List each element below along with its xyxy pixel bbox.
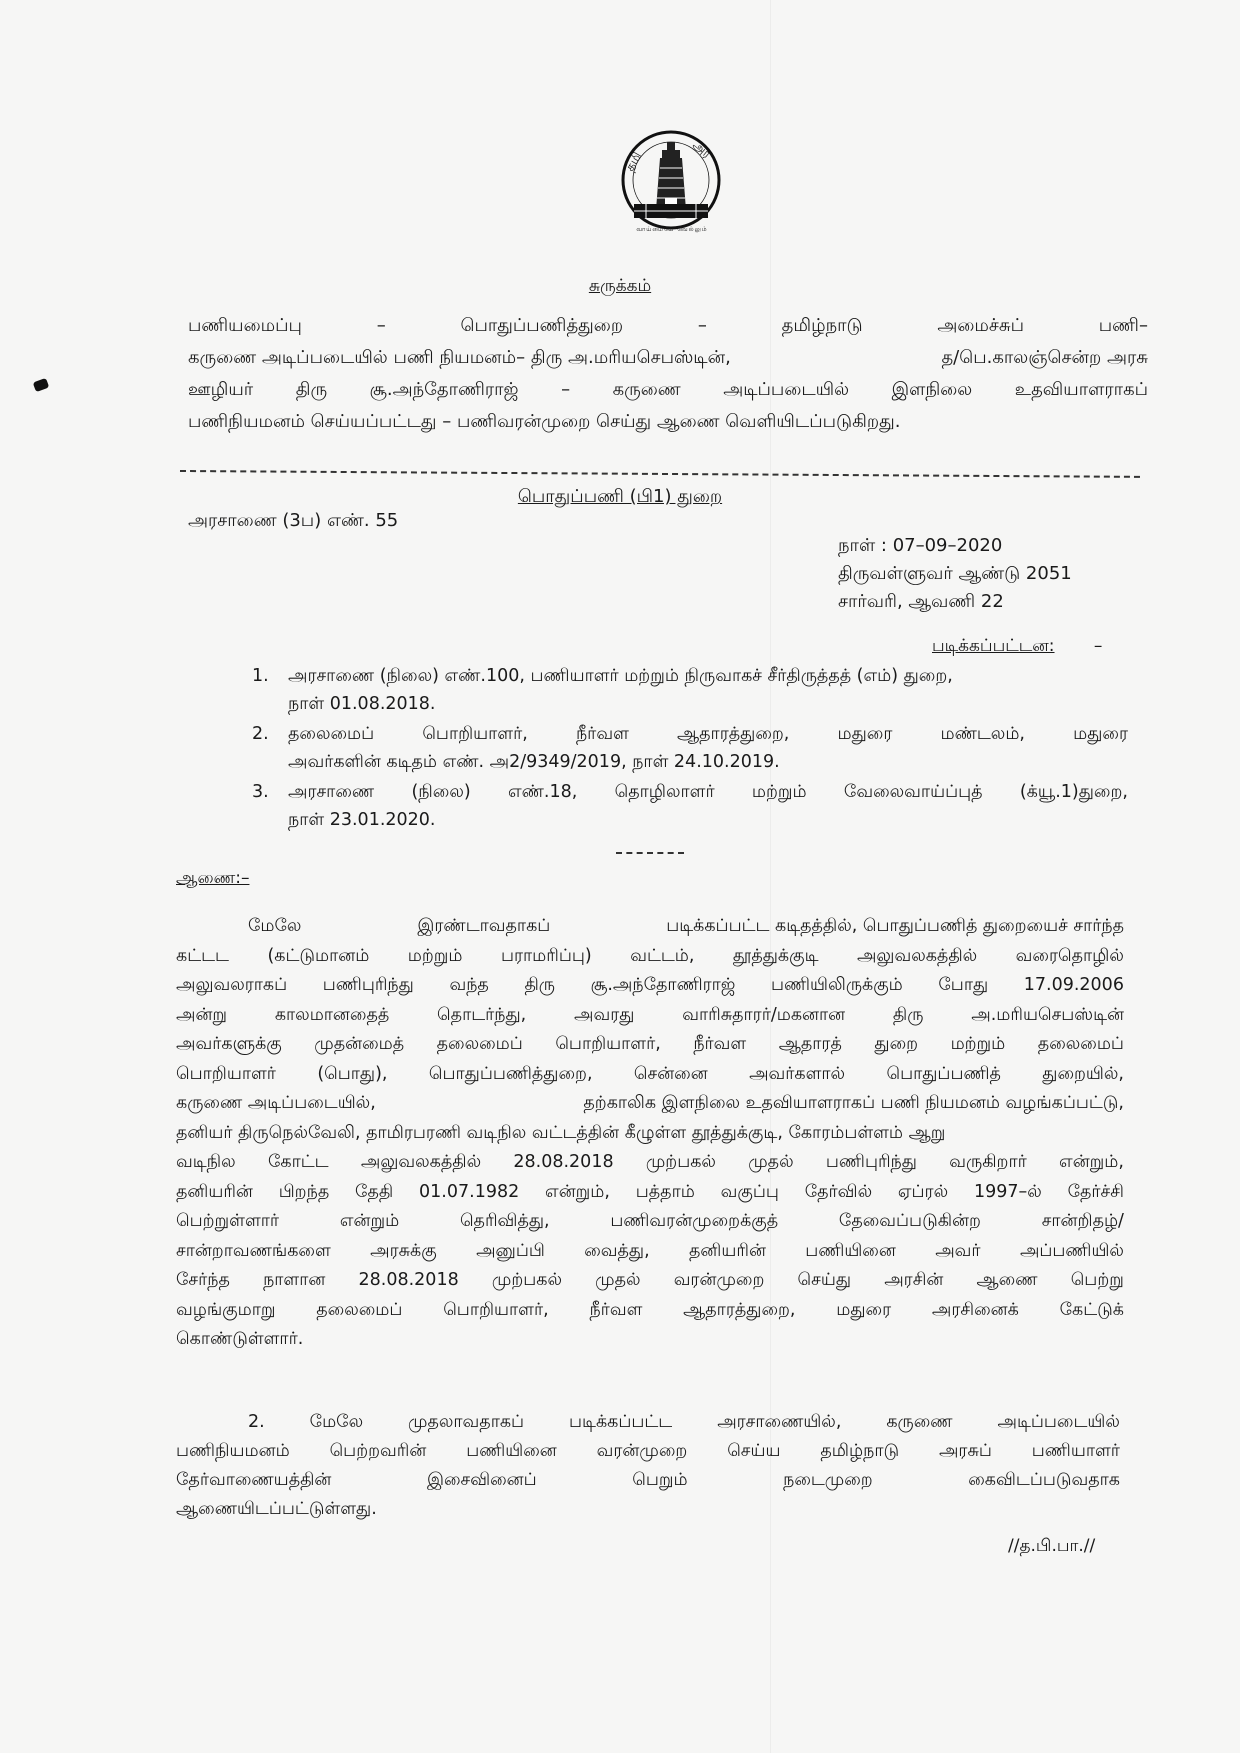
word: – [377, 310, 386, 342]
word: தொழிலாளர் [615, 778, 715, 806]
word: போது [938, 971, 988, 1001]
word: துறையில், [1042, 1060, 1124, 1090]
word: தேவைப்படுகின்ற [839, 1207, 981, 1237]
word: வரன்முறை [597, 1437, 688, 1466]
word: திரு [893, 1001, 924, 1031]
reference-line: நாள் 23.01.2020. [288, 806, 1128, 834]
dashed-separator [180, 470, 1140, 478]
word: உதவியாளராகப் [1015, 374, 1148, 406]
summary-text: பணியமைப்பு–பொதுப்பணித்துறை–தமிழ்நாடுஅமைச… [188, 310, 1148, 438]
word: (க்யூ.1)துறை, [1020, 778, 1128, 806]
word: படிக்கப்பட்ட [569, 1408, 672, 1437]
word: தனியரின் [689, 1237, 766, 1267]
word: ஏப்ரல் [898, 1178, 948, 1208]
text-line: அன்றுகாலமானதைத்தொடர்ந்து,அவரதுவாரிசுதாரர… [176, 1001, 1124, 1031]
text-line: பணியமைப்பு–பொதுப்பணித்துறை–தமிழ்நாடுஅமைச… [188, 310, 1148, 342]
text-line: தனியரின்பிறந்ததேதி01.07.1982என்றும்,பத்த… [176, 1178, 1124, 1208]
word: தூத்துக்குடி [733, 942, 819, 972]
word: அவர்களுக்கு [176, 1030, 282, 1060]
word: கருணை அடிப்படையில், [176, 1089, 376, 1119]
word: தனியர் திருநெல்வேலி, தாமிரபரணி வடிநில வட… [176, 1119, 945, 1149]
word: அலுவலகத்தில் [857, 942, 977, 972]
word: நீர்வள [693, 1030, 746, 1060]
word: பொறியாளர் [176, 1060, 276, 1090]
word: வரன்முறை [674, 1266, 765, 1296]
word: செய்ய [727, 1437, 780, 1466]
word: – [698, 310, 707, 342]
word: அவர் [935, 1237, 980, 1267]
word: துறை [874, 1030, 918, 1060]
word: தொடர்ந்து, [437, 1001, 526, 1031]
text-line: கருணை அடிப்படையில்,தற்காலிக இளநிலை உதவிய… [176, 1089, 1124, 1119]
word: வந்த [449, 971, 488, 1001]
word: கைவிடப்படுவதாக [968, 1466, 1120, 1495]
word: பணியினை [805, 1237, 896, 1267]
word: என்றும் [340, 1207, 399, 1237]
word: திரு [524, 971, 555, 1001]
word: நடைமுறை [783, 1466, 873, 1495]
word: நாளான [263, 1266, 325, 1296]
text-line: தேர்வாணையத்தின்இசைவினைப்பெறும்நடைமுறைகைவ… [176, 1466, 1120, 1495]
word: முற்பகல் [492, 1266, 562, 1296]
word: மேலே [248, 912, 301, 942]
order-paragraph-2: 2.மேலேமுதலாவதாகப்படிக்கப்பட்டஅரசாணையில்,… [176, 1408, 1120, 1524]
go-number: அரசாணை (3ப) எண். 55 [188, 510, 398, 533]
word: சூ.அந்தோணிராஜ் [370, 374, 519, 406]
word: அரசினைக் [932, 1296, 1019, 1326]
word: எண்.18, [508, 778, 577, 806]
word: பொறியாளர், [443, 1296, 549, 1326]
emblem-motto: வாய்மையே வெல்லும் [616, 226, 728, 234]
word: முற்பகல் [646, 1148, 716, 1178]
reference-line: அரசாணை (நிலை) எண்.100, பணியாளர் மற்றும் … [288, 662, 1128, 690]
text-line: பணிநியமனம் செய்யப்பட்டது – பணிவரன்முறை ச… [188, 406, 1148, 438]
word: பெற்றுள்ளார் [176, 1207, 279, 1237]
text-line: பெற்றுள்ளார்என்றும்தெரிவித்து,பணிவரன்முற… [176, 1207, 1124, 1237]
reference-number: 2. [252, 720, 269, 748]
word: (பொது), [317, 1060, 387, 1090]
word: தலைமைப் [288, 720, 374, 748]
word: தமிழ்நாடு [782, 310, 863, 342]
order-paragraph-1: மேலேஇரண்டாவதாகப்படிக்கப்பட்ட கடிதத்தில்,… [176, 912, 1124, 1355]
word: வகுப்பு [721, 1178, 779, 1208]
tamil-calendar-date: சார்வரி, ஆவணி 22 [838, 588, 1072, 616]
word: வருகிறார் [949, 1148, 1027, 1178]
word: பணிநியமனம் [176, 1437, 290, 1466]
order-label: ஆணை:– [176, 868, 249, 890]
word: சேர்ந்த [176, 1266, 230, 1296]
word: பணியமைப்பு [188, 310, 302, 342]
word: 1997–ல் [974, 1178, 1042, 1208]
word: வாரிசுதாரர்/மகனான [682, 1001, 845, 1031]
word: பொறியாளர், [555, 1030, 661, 1060]
word: மற்றும் [951, 1030, 1006, 1060]
reference-line: அரசாணை(நிலை)எண்.18,தொழிலாளர்மற்றும்வேலைவ… [288, 778, 1128, 806]
word: வேலைவாய்ப்புத் [844, 778, 983, 806]
reference-item: 1.அரசாணை (நிலை) எண்.100, பணியாளர் மற்றும… [288, 662, 1128, 718]
word: பணிவரன்முறைக்குத் [610, 1207, 778, 1237]
references-label-text: படிக்கப்பட்டன: [932, 636, 1055, 656]
word: அன்று [176, 1001, 227, 1031]
word: ஆணையிடப்பட்டுள்ளது. [176, 1495, 377, 1524]
references-label: படிக்கப்பட்டன: – [932, 636, 1102, 658]
summary-heading: சுருக்கம் [0, 276, 1240, 298]
svg-text:தமி: தமி [622, 149, 644, 173]
reference-number: 3. [252, 778, 269, 806]
word: கொண்டுள்ளார். [176, 1325, 303, 1355]
word: ஆதாரத்துறை, [683, 1296, 795, 1326]
word: இசைவினைப் [427, 1466, 537, 1495]
word: வைத்து, [584, 1237, 649, 1267]
word: தலைமைப் [437, 1030, 523, 1060]
word: 28.08.2018 [359, 1266, 459, 1296]
word: கோட்ட [268, 1148, 329, 1178]
word: பணிநியமனம் செய்யப்பட்டது – பணிவரன்முறை ச… [188, 406, 900, 438]
word: சான்றிதழ்/ [1042, 1207, 1124, 1237]
word: பராமரிப்பு) [501, 942, 592, 972]
reference-item: 3.அரசாணை(நிலை)எண்.18,தொழிலாளர்மற்றும்வேல… [288, 778, 1128, 834]
word: என்றும், [545, 1178, 610, 1208]
word: அமைச்சுப் [937, 310, 1024, 342]
word: நீர்வள [589, 1296, 642, 1326]
word: 28.08.2018 [513, 1148, 613, 1178]
word: கட்டட [176, 942, 229, 972]
word: தேர்ச்சி [1068, 1178, 1124, 1208]
word: சூ.அந்தோணிராஜ் [591, 971, 736, 1001]
word: அடிப்படையில் [723, 374, 849, 406]
department-title: பொதுப்பணி (பி1) துறை [0, 486, 1240, 509]
word: அவரது [574, 1001, 634, 1031]
word: முதல் [748, 1148, 793, 1178]
word: தேர்வாணையத்தின் [176, 1466, 331, 1495]
word: கருணை [886, 1408, 952, 1437]
thiruvalluvar-year: திருவள்ளுவர் ஆண்டு 2051 [838, 560, 1072, 588]
text-line: அவர்களுக்குமுதன்மைத்தலைமைப்பொறியாளர்,நீர… [176, 1030, 1124, 1060]
word: பணியாளர் [1032, 1437, 1120, 1466]
word: அரசுக்கு [370, 1237, 437, 1267]
word: அலுவலகத்தில் [361, 1148, 481, 1178]
word: கேட்டுக் [1060, 1296, 1124, 1326]
text-line: கருணை அடிப்படையில் பணி நியமனம்– திரு அ.ம… [188, 342, 1148, 374]
word: பணியிலிருக்கும் [771, 971, 903, 1001]
word: முதல் [595, 1266, 640, 1296]
references-dash: – [1094, 636, 1103, 656]
text-line: பணிநியமனம்பெற்றவரின்பணியினைவரன்முறைசெய்ய… [176, 1437, 1120, 1466]
word: அரசின் [884, 1266, 943, 1296]
word: செய்து [798, 1266, 852, 1296]
word: த/பெ.காலஞ்சென்ற அரசு [941, 342, 1148, 374]
word: மதுரை [836, 1296, 891, 1326]
reference-line: அவர்களின் கடிதம் எண். அ2/9349/2019, நாள்… [288, 748, 1128, 776]
svg-text:அர: அர [690, 138, 715, 162]
word: அரசுப் [939, 1437, 992, 1466]
word: என்றும், [1059, 1148, 1124, 1178]
text-line: பொறியாளர்(பொது),பொதுப்பணித்துறை,சென்னைஅவ… [176, 1060, 1124, 1090]
word: இளநிலை [892, 374, 973, 406]
word: ஆதாரத் [779, 1030, 842, 1060]
word: பெற்று [1071, 1266, 1124, 1296]
references-list: 1.அரசாணை (நிலை) எண்.100, பணியாளர் மற்றும… [288, 662, 1128, 836]
word: அடிப்படையில் [998, 1408, 1120, 1437]
word: தேர்வில் [805, 1178, 872, 1208]
text-line: 2.மேலேமுதலாவதாகப்படிக்கப்பட்டஅரசாணையில்,… [176, 1408, 1120, 1437]
word: தெரிவித்து, [460, 1207, 550, 1237]
word: மதுரை [1073, 720, 1128, 748]
word: 17.09.2006 [1024, 971, 1124, 1001]
word: பிறந்த [279, 1178, 330, 1208]
word: காலமானதைத் [275, 1001, 389, 1031]
word: மற்றும் [752, 778, 807, 806]
reference-item: 2.தலைமைப்பொறியாளர்,நீர்வளஆதாரத்துறை,மதுர… [288, 720, 1128, 776]
government-order-page: தமி அர வாய்மையே வெல்லும் சுருக்கம் பணியம… [0, 0, 1240, 1753]
reference-line: தலைமைப்பொறியாளர்,நீர்வளஆதாரத்துறை,மதுரைம… [288, 720, 1128, 748]
word: திரு [296, 374, 327, 406]
word: பொதுப்பணித்துறை, [429, 1060, 593, 1090]
word: தேதி [355, 1178, 393, 1208]
word: பொதுப்பணித் [886, 1060, 1000, 1090]
word: அனுப்பி [476, 1237, 545, 1267]
word: நீர்வள [576, 720, 629, 748]
issue-date: நாள் : 07–09–2020 [838, 532, 1072, 560]
word: தலைமைப் [1038, 1030, 1124, 1060]
word: மதுரை [838, 720, 893, 748]
word: வடிநில [176, 1148, 236, 1178]
word: முதன்மைத் [314, 1030, 404, 1060]
word: படிக்கப்பட்ட கடிதத்தில், பொதுப்பணித் துற… [666, 912, 1124, 942]
word: அலுவலராகப் [176, 971, 287, 1001]
word: சென்னை [634, 1060, 708, 1090]
word: பணி– [1099, 310, 1148, 342]
word: அவர்களால் [749, 1060, 845, 1090]
word: பொதுப்பணித்துறை [460, 310, 623, 342]
text-line: வழங்குமாறுதலைமைப்பொறியாளர்,நீர்வளஆதாரத்த… [176, 1296, 1124, 1326]
word: தற்காலிக இளநிலை உதவியாளராகப் பணி நியமனம்… [583, 1089, 1124, 1119]
word: ஆணை [977, 1266, 1038, 1296]
short-dashed-separator [616, 852, 684, 854]
text-line: சான்றாவணங்களைஅரசுக்குஅனுப்பிவைத்து,தனியர… [176, 1237, 1124, 1267]
word: ஆதாரத்துறை, [677, 720, 789, 748]
word: பொறியாளர், [422, 720, 528, 748]
word: பணிபுரிந்து [323, 971, 414, 1001]
word: பணியினை [466, 1437, 557, 1466]
word: 2. [248, 1408, 265, 1437]
text-line: அலுவலராகப்பணிபுரிந்துவந்ததிருசூ.அந்தோணிர… [176, 971, 1124, 1001]
signoff-mark: //த.பி.பா.// [1008, 1536, 1095, 1558]
word: தனியரின் [176, 1178, 253, 1208]
word: (நிலை) [411, 778, 470, 806]
word: பெற்றவரின் [330, 1437, 427, 1466]
text-line: ஊழியர்திருசூ.அந்தோணிராஜ்–கருணைஅடிப்படையி… [188, 374, 1148, 406]
word: கருணை [613, 374, 681, 406]
word: கருணை அடிப்படையில் பணி நியமனம்– திரு அ.ம… [188, 342, 731, 374]
word: வழங்குமாறு [176, 1296, 275, 1326]
word: 01.07.1982 [419, 1178, 519, 1208]
word: ஊழியர் [188, 374, 253, 406]
word: – [561, 374, 570, 406]
scan-smudge-mark [33, 378, 50, 392]
text-line: மேலேஇரண்டாவதாகப்படிக்கப்பட்ட கடிதத்தில்,… [176, 912, 1124, 942]
word: பெறும் [632, 1466, 687, 1495]
text-line: சேர்ந்தநாளான28.08.2018முற்பகல்முதல்வரன்ம… [176, 1266, 1124, 1296]
word: வரைதொழில் [1016, 942, 1124, 972]
word: பத்தாம் [636, 1178, 695, 1208]
text-line: கொண்டுள்ளார். [176, 1325, 1124, 1355]
word: தமிழ்நாடு [820, 1437, 899, 1466]
word: முதலாவதாகப் [408, 1408, 524, 1437]
word: அரசாணை (நிலை) எண்.100, பணியாளர் மற்றும் … [288, 662, 953, 690]
text-line: வடிநிலகோட்டஅலுவலகத்தில்28.08.2018முற்பகல… [176, 1148, 1124, 1178]
word: அரசாணை [288, 778, 374, 806]
word: மண்டலம், [941, 720, 1025, 748]
word: அ.மரியசெபஸ்டின் [971, 1001, 1124, 1031]
reference-number: 1. [252, 662, 269, 690]
text-line: தனியர் திருநெல்வேலி, தாமிரபரணி வடிநில வட… [176, 1119, 1124, 1149]
date-block: நாள் : 07–09–2020 திருவள்ளுவர் ஆண்டு 205… [838, 532, 1072, 616]
reference-line: நாள் 01.08.2018. [288, 690, 1128, 718]
word: அப்பணியில் [1020, 1237, 1124, 1267]
word: வட்டம், [630, 942, 694, 972]
word: பணிபுரிந்து [826, 1148, 917, 1178]
text-line: ஆணையிடப்பட்டுள்ளது. [176, 1495, 1120, 1524]
word: மேலே [310, 1408, 363, 1437]
word: அரசாணையில், [717, 1408, 841, 1437]
word: மற்றும் [408, 942, 463, 972]
word: இரண்டாவதாகப் [417, 912, 550, 942]
tamil-nadu-government-emblem-icon: தமி அர [612, 128, 730, 232]
word: தலைமைப் [316, 1296, 402, 1326]
word: (கட்டுமானம் [267, 942, 369, 972]
word: சான்றாவணங்களை [176, 1237, 331, 1267]
text-line: கட்டட(கட்டுமானம்மற்றும்பராமரிப்பு)வட்டம்… [176, 942, 1124, 972]
